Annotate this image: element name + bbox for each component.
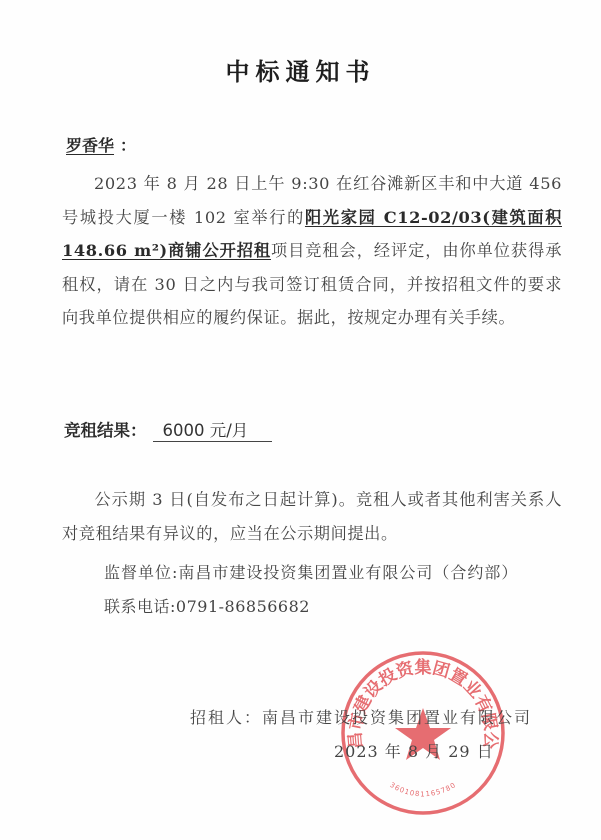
supervisor-line: 监督单位:南昌市建设投资集团置业有限公司（合约部） xyxy=(104,560,518,583)
notice-text: 公示期 3 日(自发布之日起计算)。竞租人或者其他利害关系人对竞租结果有异议的，… xyxy=(62,490,562,543)
bid-result-value: 6000 元/月 xyxy=(153,417,273,442)
bid-result: 竞租结果：6000 元/月 xyxy=(64,417,272,442)
seal-code: 3601081165780 xyxy=(388,781,457,798)
supervisor-value: 南昌市建设投资集团置业有限公司（合约部） xyxy=(178,563,518,582)
supervisor-label: 监督单位: xyxy=(104,563,178,582)
lessor-line: 招租人：南昌市建设投资集团置业有限公司 xyxy=(190,705,532,728)
document-title: 中标通知书 xyxy=(0,52,601,87)
bid-result-label: 竞租结果： xyxy=(64,421,147,440)
addressee-name: 罗香华 xyxy=(66,136,120,155)
issue-date: 2023 年 8 月 29 日 xyxy=(334,739,494,762)
svg-text:3601081165780: 3601081165780 xyxy=(388,781,457,798)
lessor-label: 招租人： xyxy=(190,708,262,727)
addressee-colon: ： xyxy=(120,136,136,155)
contact-phone: 0791-86856682 xyxy=(176,597,310,616)
addressee: 罗香华： xyxy=(66,133,136,156)
award-paragraph: 2023 年 8 月 28 日上午 9:30 在红谷滩新区丰和中大道 456 号… xyxy=(62,167,562,335)
document-page: 中标通知书 罗香华： 2023 年 8 月 28 日上午 9:30 在红谷滩新区… xyxy=(0,0,601,840)
contact-phone-line: 联系电话:0791-86856682 xyxy=(104,594,310,617)
lessor-name: 南昌市建设投资集团置业有限公司 xyxy=(262,708,532,727)
contact-label: 联系电话: xyxy=(104,597,176,616)
company-seal-icon: 南昌市建设投资集团置业有限公司 3601081165780 xyxy=(338,648,508,818)
notice-paragraph: 公示期 3 日(自发布之日起计算)。竞租人或者其他利害关系人对竞租结果有异议的，… xyxy=(62,483,562,550)
